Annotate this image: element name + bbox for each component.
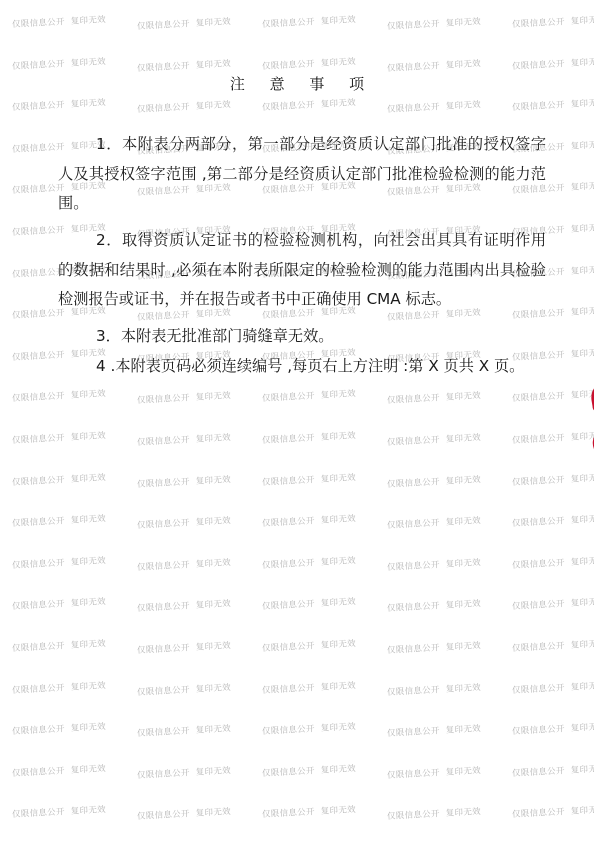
notice-item-1: 1．本附表分两部分，第一部分是经资质认定部门批准的授权签字人及其授权签字范围 ,… (58, 130, 546, 219)
watermark-text: 仅限信息公开复印无效 (512, 720, 594, 737)
item-text: 本附表无批准部门骑缝章无效。 (121, 327, 334, 345)
watermark-text: 仅限信息公开复印无效 (12, 762, 107, 779)
watermark-text: 仅限信息公开复印无效 (262, 387, 357, 404)
watermark-text: 仅限信息公开复印无效 (512, 13, 594, 30)
watermark-text: 仅限信息公开复印无效 (262, 637, 357, 654)
notice-item-2: 2．取得资质认定证书的检验检测机构，向社会出具具有证明作用的数据和结果时 ,必须… (58, 226, 546, 315)
watermark-text: 仅限信息公开复印无效 (512, 387, 594, 404)
watermark-text: 仅限信息公开复印无效 (262, 762, 357, 779)
notice-item-3: 3．本附表无批准部门骑缝章无效。 (58, 322, 546, 352)
watermark-text: 仅限信息公开复印无效 (262, 720, 357, 737)
red-seal-stamp-fragment (582, 378, 594, 506)
watermark-text: 仅限信息公开复印无效 (387, 639, 482, 656)
watermark-text: 仅限信息公开复印无效 (512, 679, 594, 696)
watermark-text: 仅限信息公开复印无效 (12, 803, 107, 820)
watermark-text: 仅限信息公开复印无效 (12, 637, 107, 654)
watermark-text: 仅限信息公开复印无效 (387, 473, 482, 490)
watermark-text: 仅限信息公开复印无效 (137, 431, 232, 448)
item-text: 本附表页码必须连续编号 ,每页右上方注明 :第 X 页共 X 页。 (115, 357, 524, 375)
watermark-text: 仅限信息公开复印无效 (512, 471, 594, 488)
watermark-text: 仅限信息公开复印无效 (137, 805, 232, 822)
watermark-text: 仅限信息公开复印无效 (512, 554, 594, 571)
watermark-text: 仅限信息公开复印无效 (387, 805, 482, 822)
watermark-text: 仅限信息公开复印无效 (387, 722, 482, 739)
watermark-text: 仅限信息公开复印无效 (387, 431, 482, 448)
watermark-text: 仅限信息公开复印无效 (512, 803, 594, 820)
watermark-text: 仅限信息公开复印无效 (12, 595, 107, 612)
watermark-text: 仅限信息公开复印无效 (387, 514, 482, 531)
watermark-text: 仅限信息公开复印无效 (137, 389, 232, 406)
watermark-text: 仅限信息公开复印无效 (137, 57, 232, 74)
watermark-text: 仅限信息公开复印无效 (262, 13, 357, 30)
watermark-text: 仅限信息公开复印无效 (262, 512, 357, 529)
watermark-text: 仅限信息公开复印无效 (512, 512, 594, 529)
watermark-text: 仅限信息公开复印无效 (387, 98, 482, 115)
watermark-text: 仅限信息公开复印无效 (12, 96, 107, 113)
item-text: 本附表分两部分，第一部分是经资质认定部门批准的授权签字人及其授权签字范围 ,第二… (58, 135, 546, 212)
watermark-text: 仅限信息公开复印无效 (387, 764, 482, 781)
watermark-text: 仅限信息公开复印无效 (262, 595, 357, 612)
watermark-text: 仅限信息公开复印无效 (137, 98, 232, 115)
watermark-text: 仅限信息公开复印无效 (12, 512, 107, 529)
watermark-text: 仅限信息公开复印无效 (137, 597, 232, 614)
watermark-text: 仅限信息公开复印无效 (387, 556, 482, 573)
watermark-text: 仅限信息公开复印无效 (12, 679, 107, 696)
notice-item-4: 4 .本附表页码必须连续编号 ,每页右上方注明 :第 X 页共 X 页。 (58, 352, 546, 382)
item-number: 4 . (96, 357, 115, 375)
watermark-text: 仅限信息公开复印无效 (137, 514, 232, 531)
watermark-text: 仅限信息公开复印无效 (137, 722, 232, 739)
watermark-text: 仅限信息公开复印无效 (137, 556, 232, 573)
watermark-text: 仅限信息公开复印无效 (512, 762, 594, 779)
watermark-text: 仅限信息公开复印无效 (262, 554, 357, 571)
watermark-text: 仅限信息公开复印无效 (512, 96, 594, 113)
watermark-text: 仅限信息公开复印无效 (387, 597, 482, 614)
page-title: 注 意 事 项 (0, 73, 594, 94)
watermark-text: 仅限信息公开复印无效 (12, 554, 107, 571)
watermark-text: 仅限信息公开复印无效 (387, 57, 482, 74)
watermark-layer: 仅限信息公开复印无效仅限信息公开复印无效仅限信息公开复印无效仅限信息公开复印无效… (0, 0, 594, 845)
watermark-text: 仅限信息公开复印无效 (262, 679, 357, 696)
watermark-text: 仅限信息公开复印无效 (137, 15, 232, 32)
watermark-text: 仅限信息公开复印无效 (262, 429, 357, 446)
watermark-text: 仅限信息公开复印无效 (137, 681, 232, 698)
watermark-text: 仅限信息公开复印无效 (512, 429, 594, 446)
item-text: 取得资质认定证书的检验检测机构，向社会出具具有证明作用的数据和结果时 ,必须在本… (58, 231, 546, 308)
watermark-text: 仅限信息公开复印无效 (137, 764, 232, 781)
watermark-text: 仅限信息公开复印无效 (262, 55, 357, 72)
item-number: 2． (96, 231, 122, 249)
watermark-text: 仅限信息公开复印无效 (262, 96, 357, 113)
watermark-text: 仅限信息公开复印无效 (512, 55, 594, 72)
watermark-text: 仅限信息公开复印无效 (387, 389, 482, 406)
watermark-text: 仅限信息公开复印无效 (262, 471, 357, 488)
watermark-text: 仅限信息公开复印无效 (12, 13, 107, 30)
watermark-text: 仅限信息公开复印无效 (387, 15, 482, 32)
watermark-text: 仅限信息公开复印无效 (387, 681, 482, 698)
watermark-text: 仅限信息公开复印无效 (12, 720, 107, 737)
item-number: 3． (96, 327, 121, 345)
watermark-text: 仅限信息公开复印无效 (12, 471, 107, 488)
watermark-text: 仅限信息公开复印无效 (512, 637, 594, 654)
watermark-text: 仅限信息公开复印无效 (12, 387, 107, 404)
watermark-text: 仅限信息公开复印无效 (137, 473, 232, 490)
watermark-text: 仅限信息公开复印无效 (12, 55, 107, 72)
watermark-text: 仅限信息公开复印无效 (12, 429, 107, 446)
watermark-text: 仅限信息公开复印无效 (512, 595, 594, 612)
watermark-text: 仅限信息公开复印无效 (137, 639, 232, 656)
item-number: 1． (96, 135, 122, 153)
watermark-text: 仅限信息公开复印无效 (262, 803, 357, 820)
